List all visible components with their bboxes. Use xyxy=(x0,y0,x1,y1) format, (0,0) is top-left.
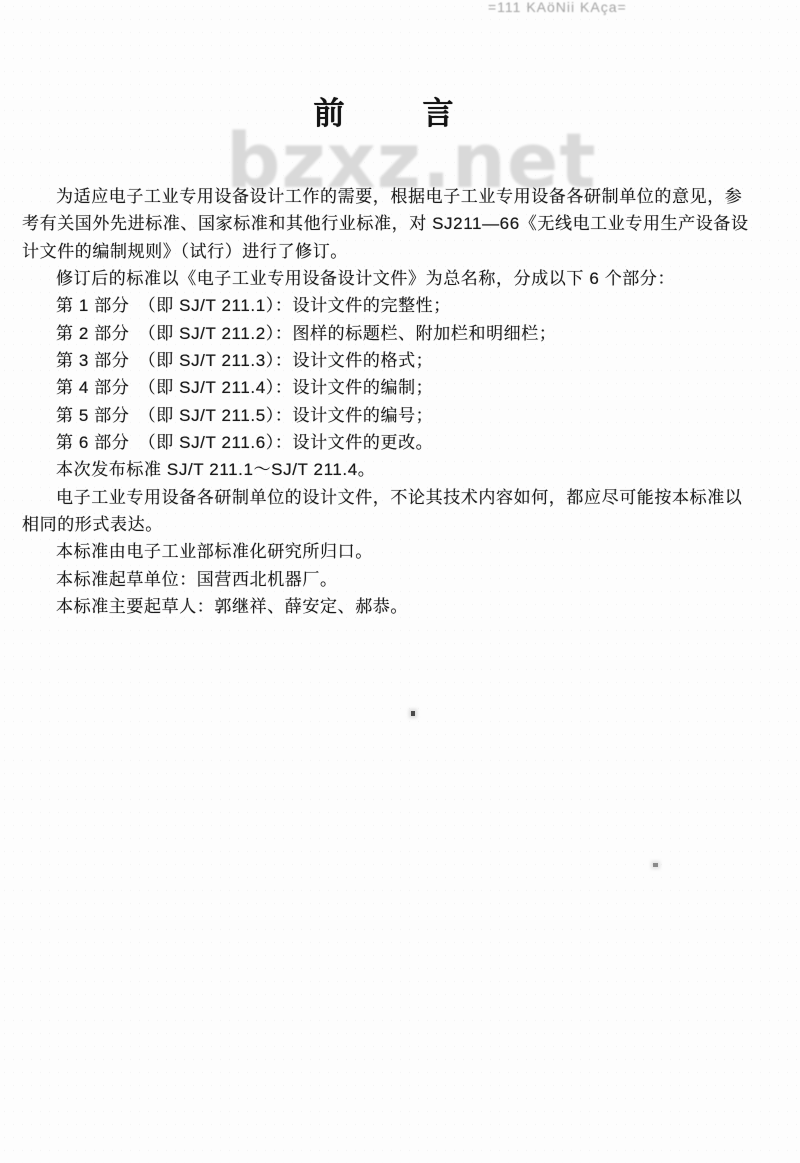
text-line: 本标准起草单位：国营西北机器厂。 xyxy=(22,566,754,593)
text-line: 修订后的标准以《电子工业专用设备设计文件》为总名称，分成以下 6 个部分： xyxy=(22,265,754,292)
text-line: 本标准主要起草人：郭继祥、薛安定、郝恭。 xyxy=(22,593,754,620)
text-line: 相同的形式表达。 xyxy=(22,511,754,538)
text-line: 第 5 部分 （即 SJ/T 211.5）：设计文件的编号； xyxy=(22,402,754,429)
scan-header-artifact: =111 KAöNii KAça= xyxy=(488,0,688,15)
text-line: 本标准由电子工业部标准化研究所归口。 xyxy=(22,538,754,565)
text-line: 计文件的编制规则》（试行）进行了修订。 xyxy=(22,238,754,265)
text-line: 本次发布标准 SJ/T 211.1～SJ/T 211.4。 xyxy=(22,456,754,483)
text-line: 第 6 部分 （即 SJ/T 211.6）：设计文件的更改。 xyxy=(22,429,754,456)
title-char: 前 xyxy=(314,97,345,131)
scan-speck xyxy=(411,711,415,716)
document-page: =111 KAöNii KAça= 前 言 bzxz.net 为适应电子工业专用… xyxy=(0,0,800,1163)
scan-speck xyxy=(653,863,658,867)
text-line: 第 4 部分 （即 SJ/T 211.4）：设计文件的编制； xyxy=(22,374,754,401)
text-line: 电子工业专用设备各研制单位的设计文件，不论其技术内容如何，都应尽可能按本标准以 xyxy=(22,484,754,511)
text-line: 考有关国外先进标准、国家标准和其他行业标准，对 SJ211—66《无线电工业专用… xyxy=(22,210,754,237)
text-line: 第 2 部分 （即 SJ/T 211.2）：图样的标题栏、附加栏和明细栏； xyxy=(22,320,754,347)
text-line: 为适应电子工业专用设备设计工作的需要，根据电子工业专用设备各研制单位的意见，参 xyxy=(22,183,754,210)
text-line: 第 1 部分 （即 SJ/T 211.1）：设计文件的完整性； xyxy=(22,292,754,319)
text-line: 第 3 部分 （即 SJ/T 211.3）：设计文件的格式； xyxy=(22,347,754,374)
preface-body: 为适应电子工业专用设备设计工作的需要，根据电子工业专用设备各研制单位的意见，参考… xyxy=(22,183,754,621)
title-char: 言 xyxy=(423,97,454,131)
page-title: 前 言 xyxy=(0,97,767,131)
